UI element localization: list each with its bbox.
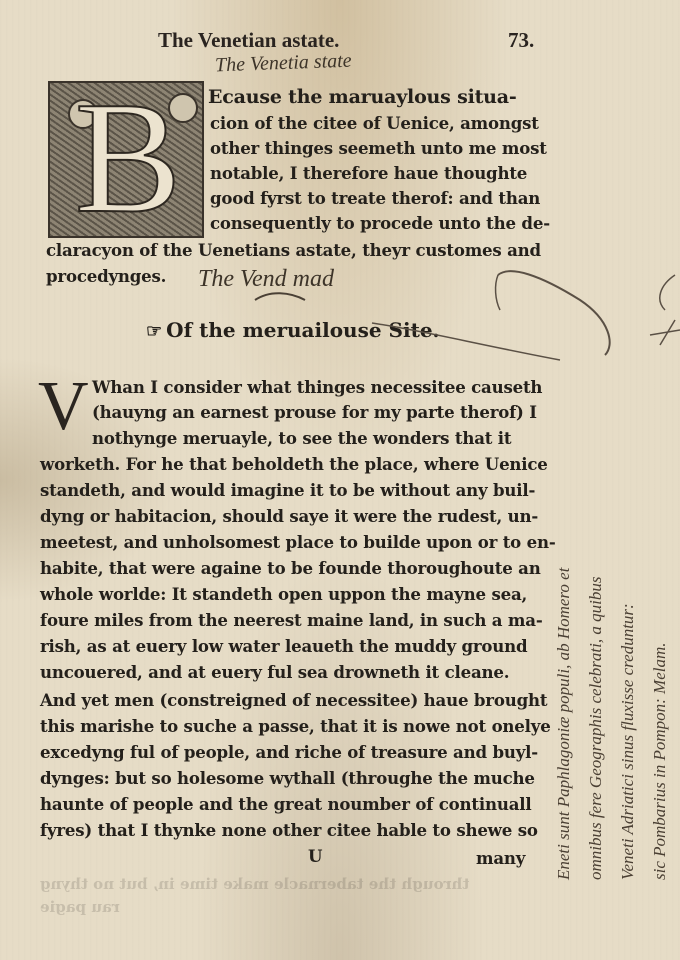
pen-strokes (0, 0, 680, 960)
book-page: The Venetian astate. 73. The Venetia sta… (0, 0, 680, 960)
